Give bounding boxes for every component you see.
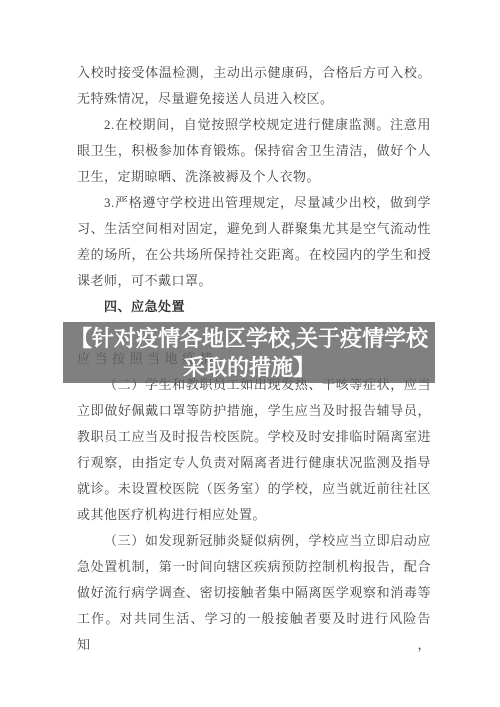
body-line: 卫生，定期晾晒、洗涤被褥及个人衣物。 [77, 164, 431, 190]
body-line: 入校时接受体温检测，主动出示健康码，合格后方可入校。 [77, 60, 431, 86]
body-line: 2.在校期间，自觉按照学校规定进行健康监测。注意用 [77, 112, 431, 138]
body-line: 急处置机制，第一时间向辖区疾病预防控制机构报告，配合 [77, 554, 431, 580]
body-line: 工作。对共同生活、学习的一般接触者要及时进行风险告知， [77, 606, 431, 658]
section-heading: 四、应急处置 [77, 294, 431, 320]
body-line: 做好流行病学调查、密切接触者集中隔离医学观察和消毒等 [77, 580, 431, 606]
body-line: 差的场所，在公共场所保持社交距离。在校园内的学生和授 [77, 242, 431, 268]
body-line: （三）如发现新冠肺炎疑似病例，学校应当立即启动应 [77, 528, 431, 554]
overlay-title-line2: 采取的措施】 [183, 353, 315, 382]
body-line: 就诊。未设置校医院（医务室）的学校，应当就近前往社区 [77, 476, 431, 502]
overlay-title-line1: 【针对疫情各地区学校,关于疫情学校 [70, 324, 428, 353]
body-line: 习、生活空间相对固定，避免到人群聚集尤其是空气流动性 [77, 216, 431, 242]
body-line: 课老师，可不戴口罩。 [77, 268, 431, 294]
body-line: 眼卫生，积极参加体育锻炼。保持宿舍卫生清洁，做好个人 [77, 138, 431, 164]
body-line: 行观察，由指定专人负责对隔离者进行健康状况监测及指导 [77, 450, 431, 476]
body-line: 立即做好佩戴口罩等防护措施，学生应当及时报告辅导员， [77, 398, 431, 424]
body-line: 3.严格遵守学校进出管理规定，尽量减少出校，做到学 [77, 190, 431, 216]
body-line: 或其他医疗机构进行相应处置。 [77, 502, 431, 528]
body-line: 教职员工应当及时报告校医院。学校及时安排临时隔离室进 [77, 424, 431, 450]
overlay-title-banner: 【针对疫情各地区学校,关于疫情学校 采取的措施】 [63, 322, 435, 383]
body-line: 无特殊情况，尽量避免接送人员进入校区。 [77, 86, 431, 112]
